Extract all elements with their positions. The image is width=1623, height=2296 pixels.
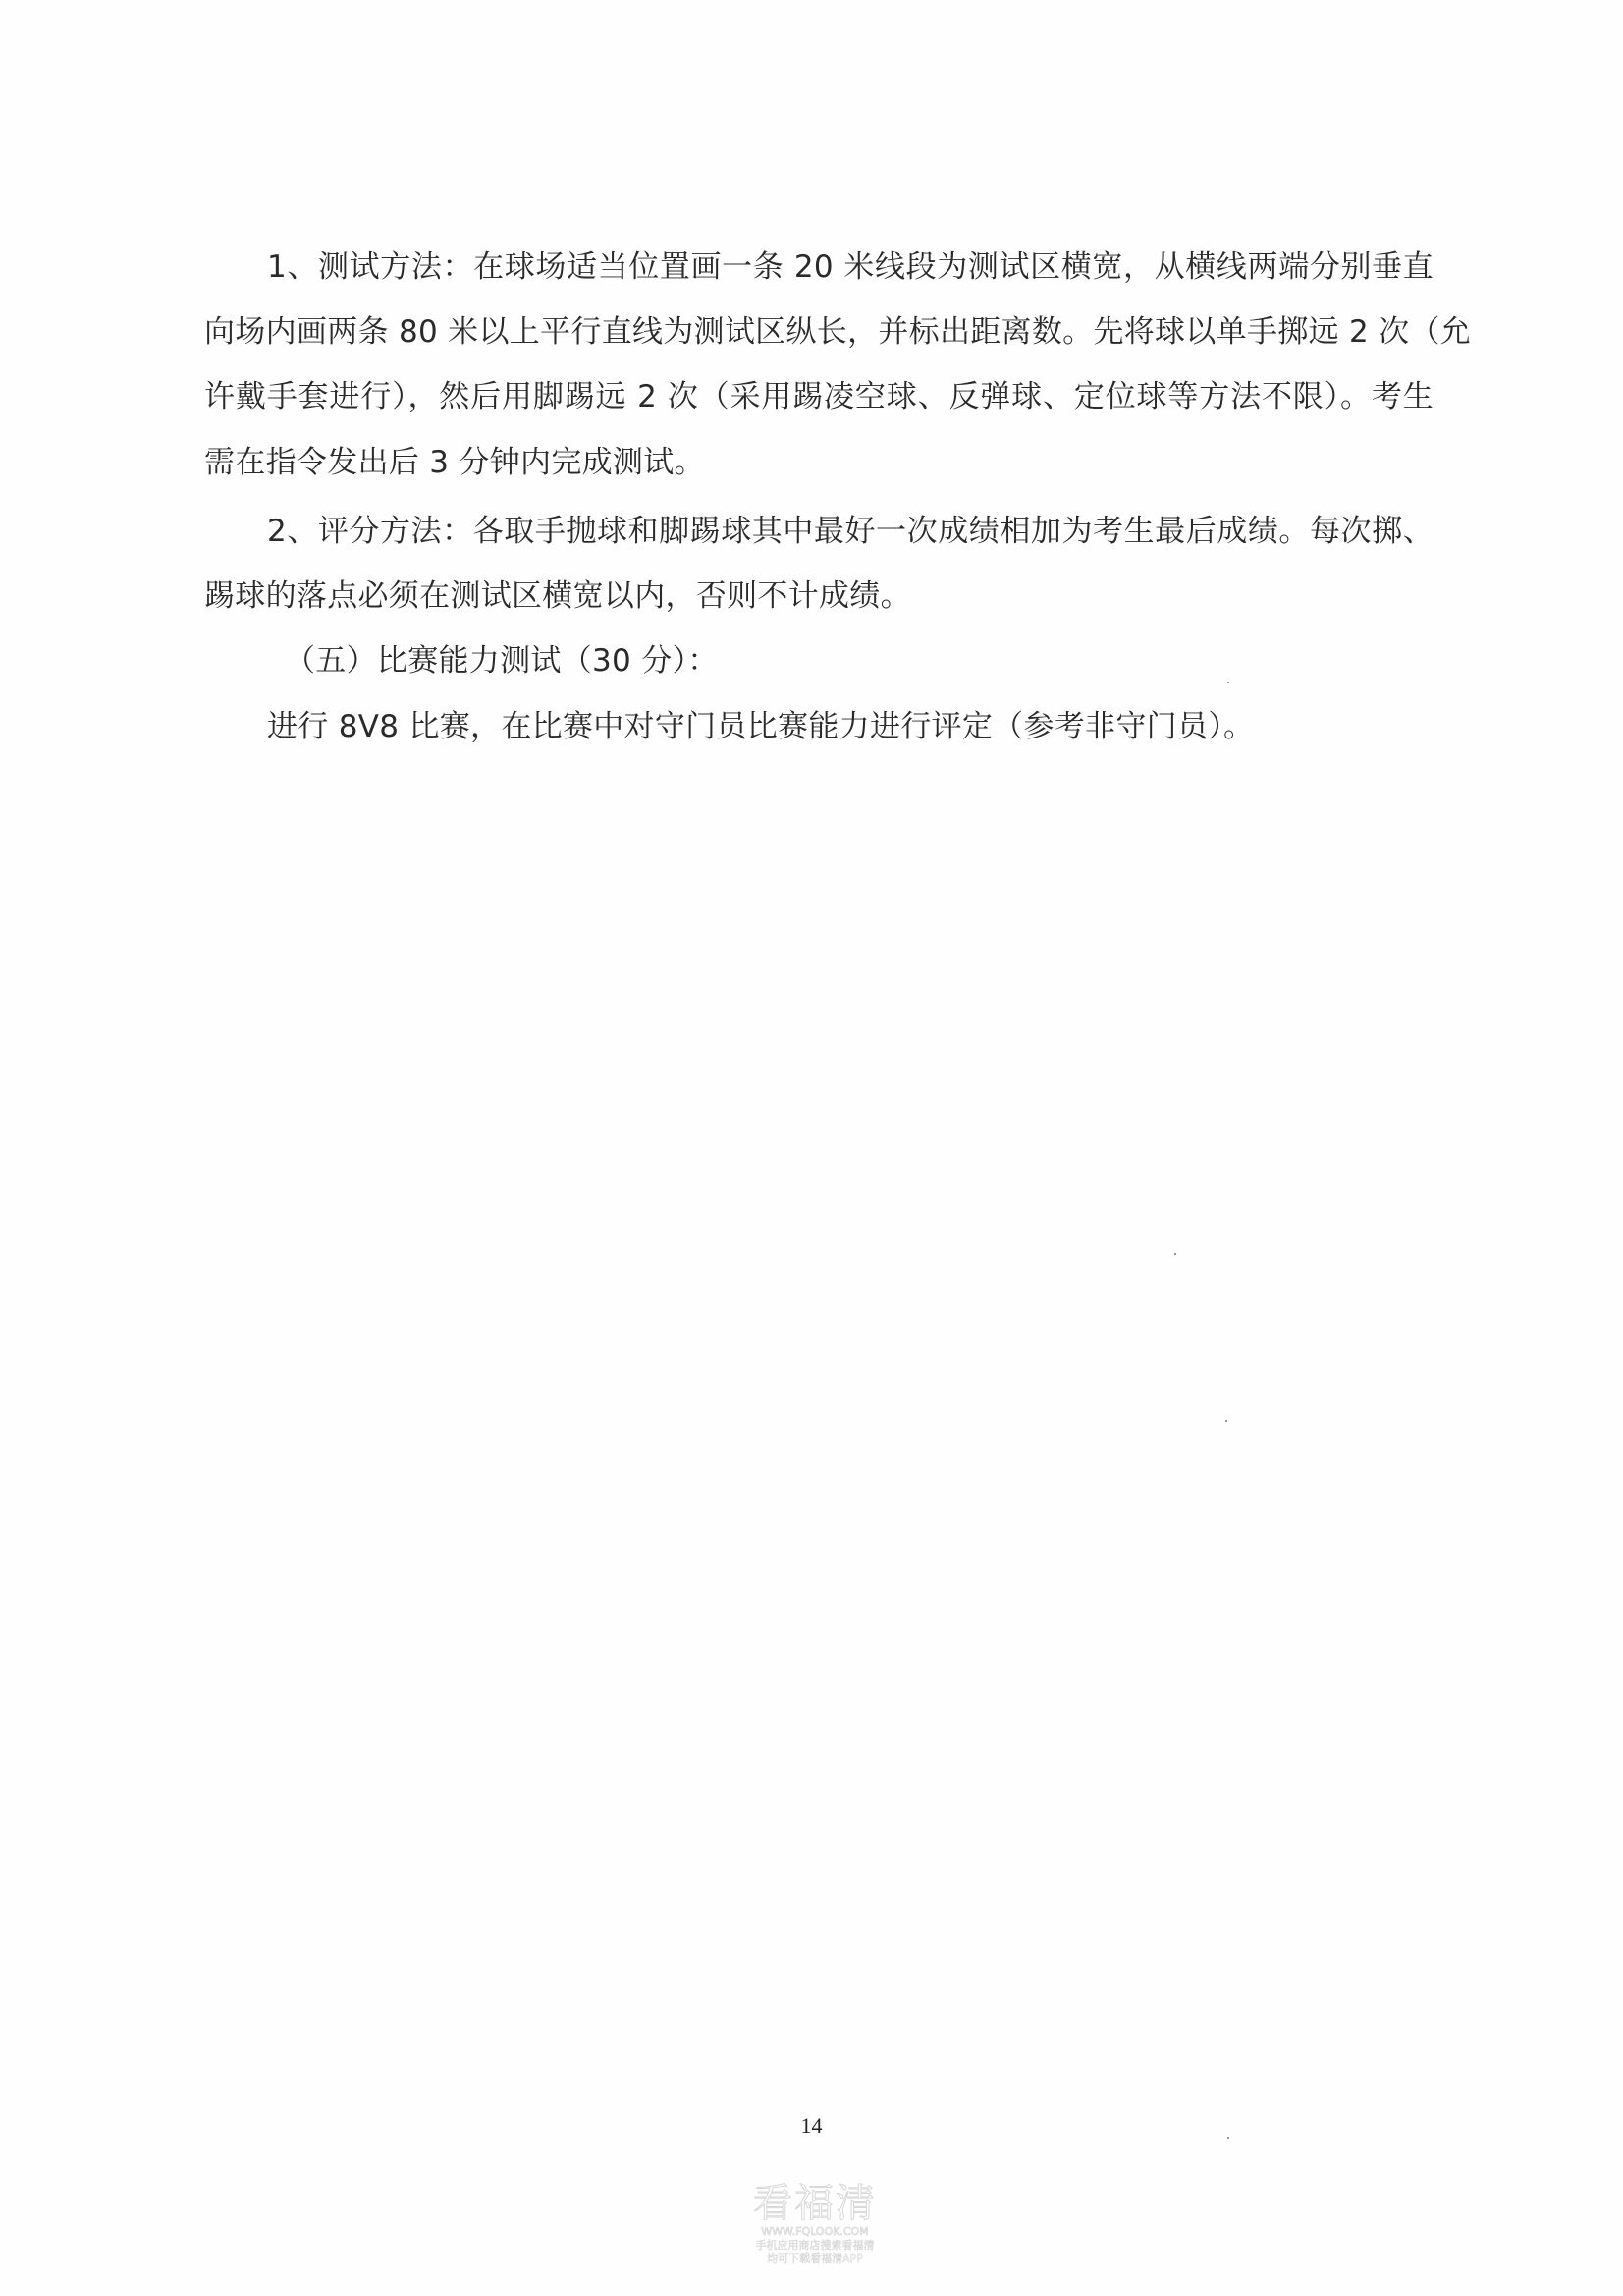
- paragraph-test-method-line-2: 向场内画两条 80 米以上平行直线为测试区纵长，并标出距离数。先将球以单手掷远 …: [204, 312, 1434, 352]
- section-five-heading: （五）比赛能力测试（30 分）：: [285, 641, 719, 681]
- page-number: 14: [0, 2113, 1623, 2139]
- watermark-url: WWW.FQLOOK.COM: [741, 2225, 889, 2239]
- watermark-line-1: 手机应用商店搜索看福清: [741, 2239, 889, 2252]
- section-five-body: 进行 8V8 比赛，在比赛中对守门员比赛能力进行评定（参考非守门员）。: [267, 707, 1254, 746]
- paragraph-test-method-line-4: 需在指令发出后 3 分钟内完成测试。: [204, 443, 705, 482]
- document-page: 1、测试方法：在球场适当位置画一条 20 米线段为测试区横宽，从横线两端分别垂直…: [0, 0, 1623, 2296]
- paragraph-scoring-method-line-2: 踢球的落点必须在测试区横宽以内，否则不计成绩。: [204, 576, 911, 616]
- paragraph-test-method-line-3: 许戴手套进行），然后用脚踢远 2 次（采用踢凌空球、反弹球、定位球等方法不限）。…: [204, 377, 1434, 416]
- paragraph-scoring-method-line-1: 2、评分方法：各取手抛球和脚踢球其中最好一次成绩相加为考生最后成绩。每次掷、: [267, 512, 1434, 551]
- watermark-title: 看福清: [741, 2182, 889, 2225]
- scan-speck: [1227, 682, 1229, 683]
- scan-speck: [1225, 1420, 1227, 1422]
- watermark-line-2: 均可下载看福清APP: [741, 2252, 889, 2265]
- watermark: 看福清 WWW.FQLOOK.COM 手机应用商店搜索看福清 均可下载看福清AP…: [741, 2182, 889, 2265]
- paragraph-test-method-line-1: 1、测试方法：在球场适当位置画一条 20 米线段为测试区横宽，从横线两端分别垂直: [267, 247, 1434, 287]
- scan-speck: [1174, 1253, 1176, 1255]
